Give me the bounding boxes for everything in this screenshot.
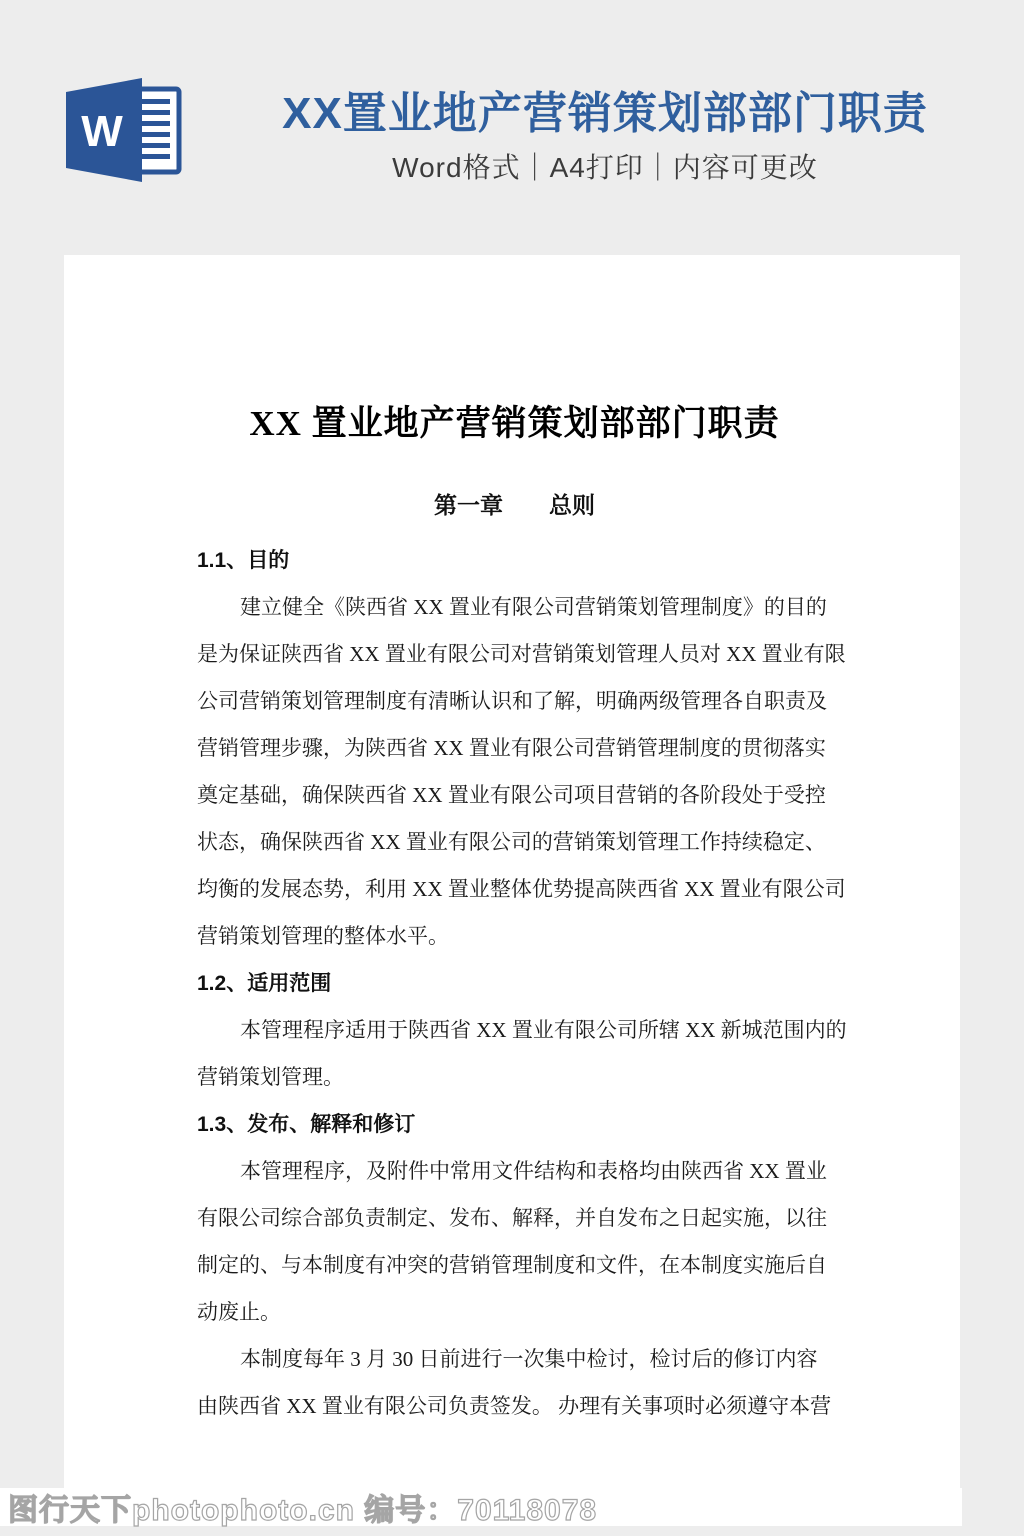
document-line: 由陕西省 XX 置业有限公司负责签发。 办理有关事项时必须遵守本营 bbox=[197, 1383, 832, 1430]
document-line: 本管理程序适用于陕西省 XX 置业有限公司所辖 XX 新城范围内的 bbox=[197, 1007, 832, 1054]
document-line: 均衡的发展态势，利用 XX 置业整体优势提高陕西省 XX 置业有限公司 bbox=[197, 866, 832, 913]
word-icon-letter: W bbox=[81, 107, 123, 156]
document-line: 动废止。 bbox=[197, 1289, 832, 1336]
document-content: XX 置业地产营销策划部部门职责 第一章 总则 1.1、目的建立健全《陕西省 X… bbox=[64, 401, 960, 1430]
document-line: 营销管理步骤，为陕西省 XX 置业有限公司营销管理制度的贯彻落实 bbox=[197, 725, 832, 772]
document-line: 状态，确保陕西省 XX 置业有限公司的营销策划管理工作持续稳定、 bbox=[197, 819, 832, 866]
template-title: XX置业地产营销策划部部门职责 bbox=[186, 88, 1024, 140]
document-line: 本制度每年 3 月 30 日前进行一次集中检讨，检讨后的修订内容 bbox=[197, 1336, 832, 1383]
watermark-text: 图行天下photophoto.cn 编号：70118078 bbox=[8, 1485, 597, 1529]
document-line: 1.1、目的 bbox=[197, 537, 832, 584]
document-line: 奠定基础，确保陕西省 XX 置业有限公司项目营销的各阶段处于受控 bbox=[197, 772, 832, 819]
document-title: XX 置业地产营销策划部部门职责 bbox=[197, 401, 832, 447]
document-line: 营销策划管理。 bbox=[197, 1054, 832, 1101]
word-icon-graphic: W bbox=[58, 72, 188, 186]
document-page: XX 置业地产营销策划部部门职责 第一章 总则 1.1、目的建立健全《陕西省 X… bbox=[64, 255, 960, 1521]
document-line: 1.3、发布、解释和修订 bbox=[197, 1101, 832, 1148]
document-line: 本管理程序，及附件中常用文件结构和表格均由陕西省 XX 置业 bbox=[197, 1148, 832, 1195]
header: XX置业地产营销策划部部门职责 Word格式｜A4打印｜内容可更改 bbox=[186, 88, 1024, 185]
chapter-heading: 第一章 总则 bbox=[197, 489, 832, 521]
document-line: 1.2、适用范围 bbox=[197, 960, 832, 1007]
document-line: 建立健全《陕西省 XX 置业有限公司营销策划管理制度》的目的 bbox=[197, 584, 832, 631]
document-line: 有限公司综合部负责制定、发布、解释，并自发布之日起实施，以往 bbox=[197, 1195, 832, 1242]
word-document-icon: W bbox=[58, 72, 188, 186]
document-line: 是为保证陕西省 XX 置业有限公司对营销策划管理人员对 XX 置业有限 bbox=[197, 631, 832, 678]
document-line: 营销策划管理的整体水平。 bbox=[197, 913, 832, 960]
document-line: 公司营销策划管理制度有清晰认识和了解，明确两级管理各自职责及 bbox=[197, 678, 832, 725]
watermark-bar: 图行天下photophoto.cn 编号：70118078 bbox=[0, 1488, 962, 1526]
document-line: 制定的、与本制度有冲突的营销管理制度和文件，在本制度实施后自 bbox=[197, 1242, 832, 1289]
template-subtitle: Word格式｜A4打印｜内容可更改 bbox=[186, 151, 1024, 185]
template-preview-page: W XX置业地产营销策划部部门职责 Word格式｜A4打印｜内容可更改 XX 置… bbox=[0, 0, 1024, 1536]
document-body: 1.1、目的建立健全《陕西省 XX 置业有限公司营销策划管理制度》的目的是为保证… bbox=[197, 537, 832, 1430]
